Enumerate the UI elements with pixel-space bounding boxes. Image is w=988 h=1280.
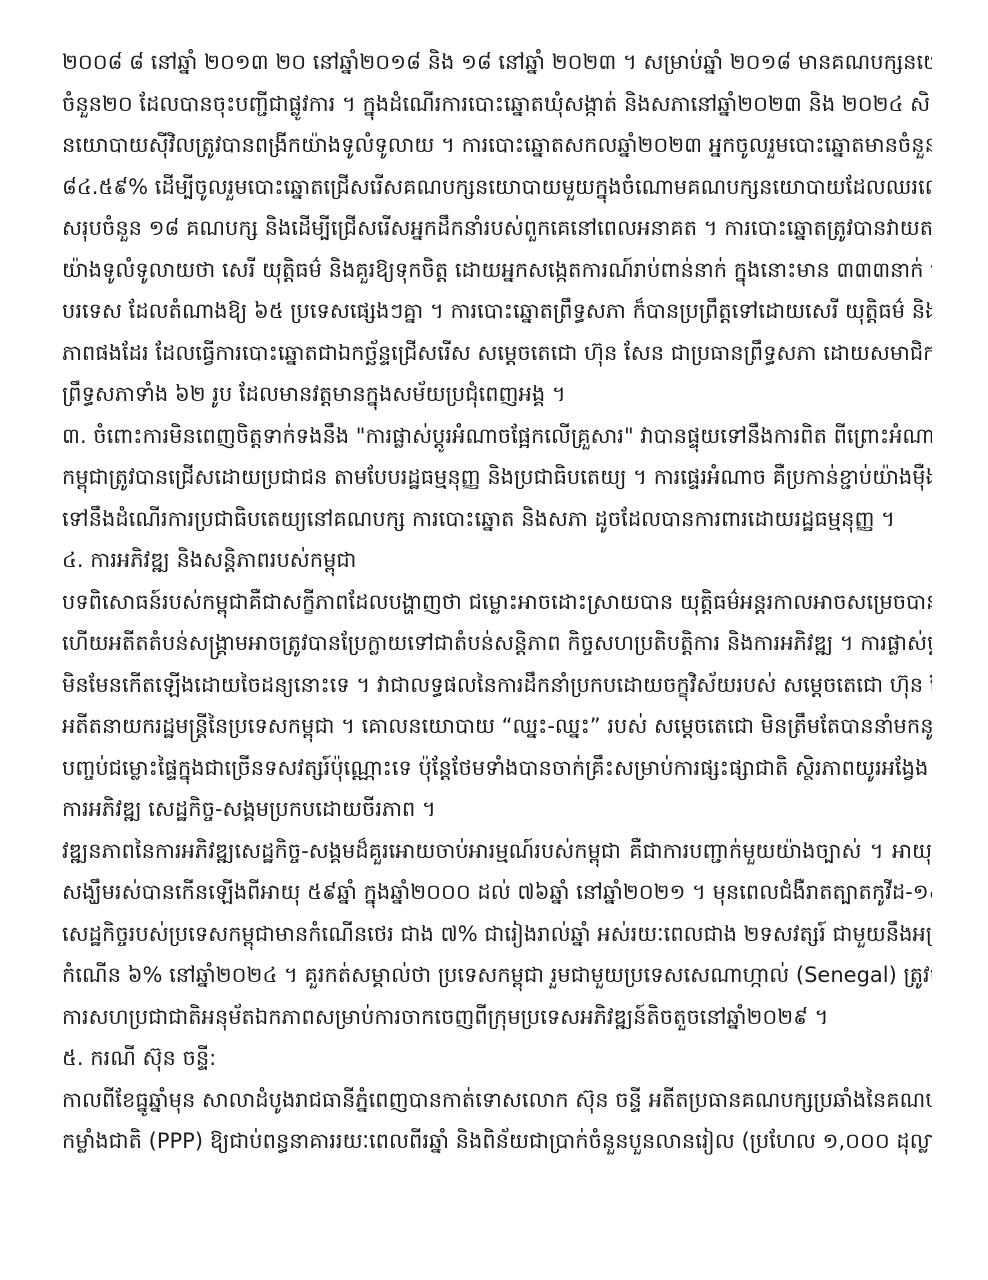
document-page: ២០០៨ ៨ នៅឆ្នាំ ២០១៣ ២០ នៅឆ្នាំ២០១៨ និង ១…: [0, 0, 988, 1280]
text-line: ហើយអតីតតំបន់សង្គ្រាមអាចត្រូវបានប្រែក្លាយ…: [62, 623, 932, 665]
section-heading: ៤. ការអភិវឌ្ឍ និងសន្តិភាពរបស់កម្ពុជា: [62, 540, 932, 582]
text-line: បទពិសោធន៍របស់កម្ពុជាគឺជាសក្ខីភាពដែលបង្ហា…: [62, 582, 932, 624]
text-line: ២០០៨ ៨ នៅឆ្នាំ ២០១៣ ២០ នៅឆ្នាំ២០១៨ និង ១…: [62, 42, 932, 84]
text-line: កំណើន ៦% នៅឆ្នាំ២០២៤ ។ គួរកត់សម្គាល់ថា ប…: [62, 955, 932, 997]
text-line: ការសហប្រជាជាតិអនុម័តឯកភាពសម្រាប់ការចាកចេ…: [62, 997, 932, 1039]
section-heading: ៥. ករណី ស៊ុន ចន្ទី:: [62, 1038, 932, 1080]
text-line: បញ្ចប់ជម្លោះផ្ទៃក្នុងជាច្រើនទសវត្សរ៍ប៉ុណ…: [62, 748, 932, 790]
text-block: ២០០៨ ៨ នៅឆ្នាំ ២០១៣ ២០ នៅឆ្នាំ២០១៨ និង ១…: [62, 42, 932, 1163]
text-line: កាលពីខែធ្នូឆ្នាំមុន សាលាដំបូងរាជធានីភ្នំ…: [62, 1080, 932, 1122]
text-line: សរុបចំនួន ១៨ គណបក្ស និងដើម្បីជ្រើសរើសអ្ន…: [62, 208, 932, 250]
text-line: ៣. ចំពោះការមិនពេញចិត្តទាក់ទងនឹង "ការផ្លា…: [62, 416, 932, 458]
text-line: ៨៤.៥៩% ដើម្បីចូលរួមបោះឆ្នោតជ្រើសរើសគណបក្…: [62, 167, 932, 209]
text-line: កម្ពុជាត្រូវបានជ្រើសដោយប្រជាជន តាមបែបរដ្…: [62, 457, 932, 499]
text-line: អតីតនាយករដ្ឋមន្ត្រីនៃប្រទេសកម្ពុជា ។ គោល…: [62, 706, 932, 748]
text-line: បរទេស ដែលតំណាងឱ្យ ៦៥ ប្រទេសផ្សេងៗគ្នា ។ …: [62, 291, 932, 333]
text-line: នយោបាយស៊ីវិលត្រូវបានពង្រីកយ៉ាងទូលំទូលាយ …: [62, 125, 932, 167]
text-line: មិនមែនកើតឡើងដោយចៃដន្យនោះទេ ។ វាជាលទ្ធផលន…: [62, 665, 932, 707]
text-line: យ៉ាងទូលំទូលាយថា សេរី យុត្តិធម៌ និងគួរឱ្យ…: [62, 250, 932, 292]
text-line: សង្ឃឹមរស់បានកើនឡើងពីអាយុ ៥៩ឆ្នាំ ក្នុងឆ្…: [62, 872, 932, 914]
text-line: សេដ្ឋកិច្ចរបស់ប្រទេសកម្ពុជាមានកំណើនថេរ ជ…: [62, 914, 932, 956]
text-line: កម្លាំងជាតិ (PPP) ឱ្យជាប់ពន្ធនាគាររយៈពេល…: [62, 1121, 932, 1163]
text-line: ចំនួន២០ ដែលបានចុះបញ្ជីជាផ្លូវការ ។ ក្នុង…: [62, 84, 932, 126]
text-line: ការអភិវឌ្ឍ សេដ្ឋកិច្ច-សង្គមប្រកបដោយចីរភា…: [62, 789, 932, 831]
text-line: ភាពផងដែរ ដែលធ្វើការបោះឆ្នោតជាឯកច្ឆ័ន្ទជ្…: [62, 333, 932, 375]
text-line: ព្រឹទ្ធសភាទាំង ៦២ រូប ដែលមានវត្តមានក្នុង…: [62, 374, 932, 416]
text-line: វឌ្ឍនភាពនៃការអភិវឌ្ឍសេដ្ឋកិច្ច-សង្គមដ៏គួ…: [62, 831, 932, 873]
text-line: ទៅនឹងដំណើរការប្រជាធិបតេយ្យនៅគណបក្ស ការបោ…: [62, 499, 932, 541]
